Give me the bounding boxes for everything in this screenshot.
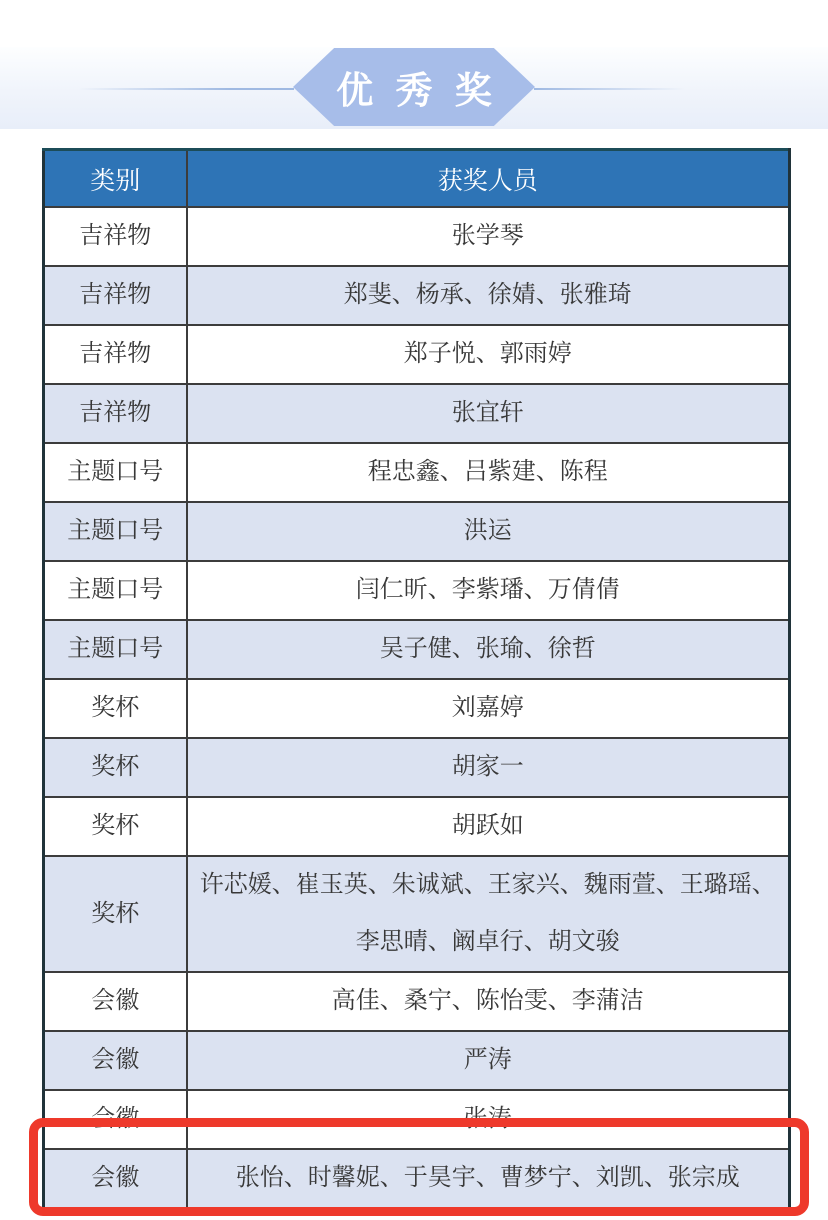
table-row: 会徽张涛 [44, 1090, 790, 1149]
table-row: 主题口号程忠鑫、吕紫建、陈程 [44, 443, 790, 502]
category-cell: 奖杯 [44, 797, 187, 856]
winners-cell: 程忠鑫、吕紫建、陈程 [187, 443, 790, 502]
winners-cell: 高佳、桑宁、陈怡雯、李蒲洁 [187, 972, 790, 1031]
category-cell: 奖杯 [44, 856, 187, 972]
banner-line-left [78, 88, 294, 90]
award-badge: 优 秀 奖 [293, 48, 535, 126]
table-row: 主题口号闫仁昕、李紫璠、万倩倩 [44, 561, 790, 620]
winners-cell: 胡家一 [187, 738, 790, 797]
winners-cell: 郑子悦、郭雨婷 [187, 325, 790, 384]
category-cell: 会徽 [44, 1149, 187, 1209]
category-cell: 吉祥物 [44, 384, 187, 443]
category-cell: 吉祥物 [44, 207, 187, 266]
banner-line-right [534, 88, 750, 90]
winners-cell: 闫仁昕、李紫璠、万倩倩 [187, 561, 790, 620]
category-cell: 主题口号 [44, 502, 187, 561]
table-row: 奖杯胡家一 [44, 738, 790, 797]
category-cell: 吉祥物 [44, 266, 187, 325]
table-row-highlighted: 会徽张怡、时馨妮、于昊宇、曹梦宁、刘凯、张宗成 [44, 1149, 790, 1209]
winners-cell: 刘嘉婷 [187, 679, 790, 738]
winners-cell: 张涛 [187, 1090, 790, 1149]
page: 优 秀 奖 类别 获奖人员 吉祥物张学琴吉祥物郑斐、杨承、徐婧、张雅琦吉祥物郑子… [0, 0, 828, 1220]
category-cell: 主题口号 [44, 561, 187, 620]
table-row: 会徽严涛 [44, 1031, 790, 1090]
category-cell: 会徽 [44, 1031, 187, 1090]
award-title: 优 秀 奖 [336, 60, 498, 114]
category-cell: 主题口号 [44, 443, 187, 502]
table-row: 奖杯刘嘉婷 [44, 679, 790, 738]
table-row: 奖杯胡跃如 [44, 797, 790, 856]
awards-table: 类别 获奖人员 吉祥物张学琴吉祥物郑斐、杨承、徐婧、张雅琦吉祥物郑子悦、郭雨婷吉… [42, 148, 791, 1210]
winners-cell: 张学琴 [187, 207, 790, 266]
category-cell: 主题口号 [44, 620, 187, 679]
category-cell: 会徽 [44, 1090, 187, 1149]
winners-cell: 郑斐、杨承、徐婧、张雅琦 [187, 266, 790, 325]
header-category: 类别 [44, 150, 187, 208]
table-row: 主题口号吴子健、张瑜、徐哲 [44, 620, 790, 679]
table-row: 奖杯许芯媛、崔玉英、朱诚斌、王家兴、魏雨萱、王璐瑶、李思晴、阚卓行、胡文骏 [44, 856, 790, 972]
table-row: 吉祥物郑子悦、郭雨婷 [44, 325, 790, 384]
winners-cell: 严涛 [187, 1031, 790, 1090]
category-cell: 奖杯 [44, 679, 187, 738]
winners-cell: 洪运 [187, 502, 790, 561]
category-cell: 吉祥物 [44, 325, 187, 384]
table-row: 会徽高佳、桑宁、陈怡雯、李蒲洁 [44, 972, 790, 1031]
winners-cell: 张宜轩 [187, 384, 790, 443]
category-cell: 会徽 [44, 972, 187, 1031]
winners-cell: 吴子健、张瑜、徐哲 [187, 620, 790, 679]
winners-cell: 许芯媛、崔玉英、朱诚斌、王家兴、魏雨萱、王璐瑶、李思晴、阚卓行、胡文骏 [187, 856, 790, 972]
header-winners: 获奖人员 [187, 150, 790, 208]
table-row: 吉祥物郑斐、杨承、徐婧、张雅琦 [44, 266, 790, 325]
category-cell: 奖杯 [44, 738, 187, 797]
winners-cell: 胡跃如 [187, 797, 790, 856]
table-row: 吉祥物张学琴 [44, 207, 790, 266]
table-header-row: 类别 获奖人员 [44, 150, 790, 208]
table-row: 主题口号洪运 [44, 502, 790, 561]
table-row: 吉祥物张宜轩 [44, 384, 790, 443]
winners-cell: 张怡、时馨妮、于昊宇、曹梦宁、刘凯、张宗成 [187, 1149, 790, 1209]
